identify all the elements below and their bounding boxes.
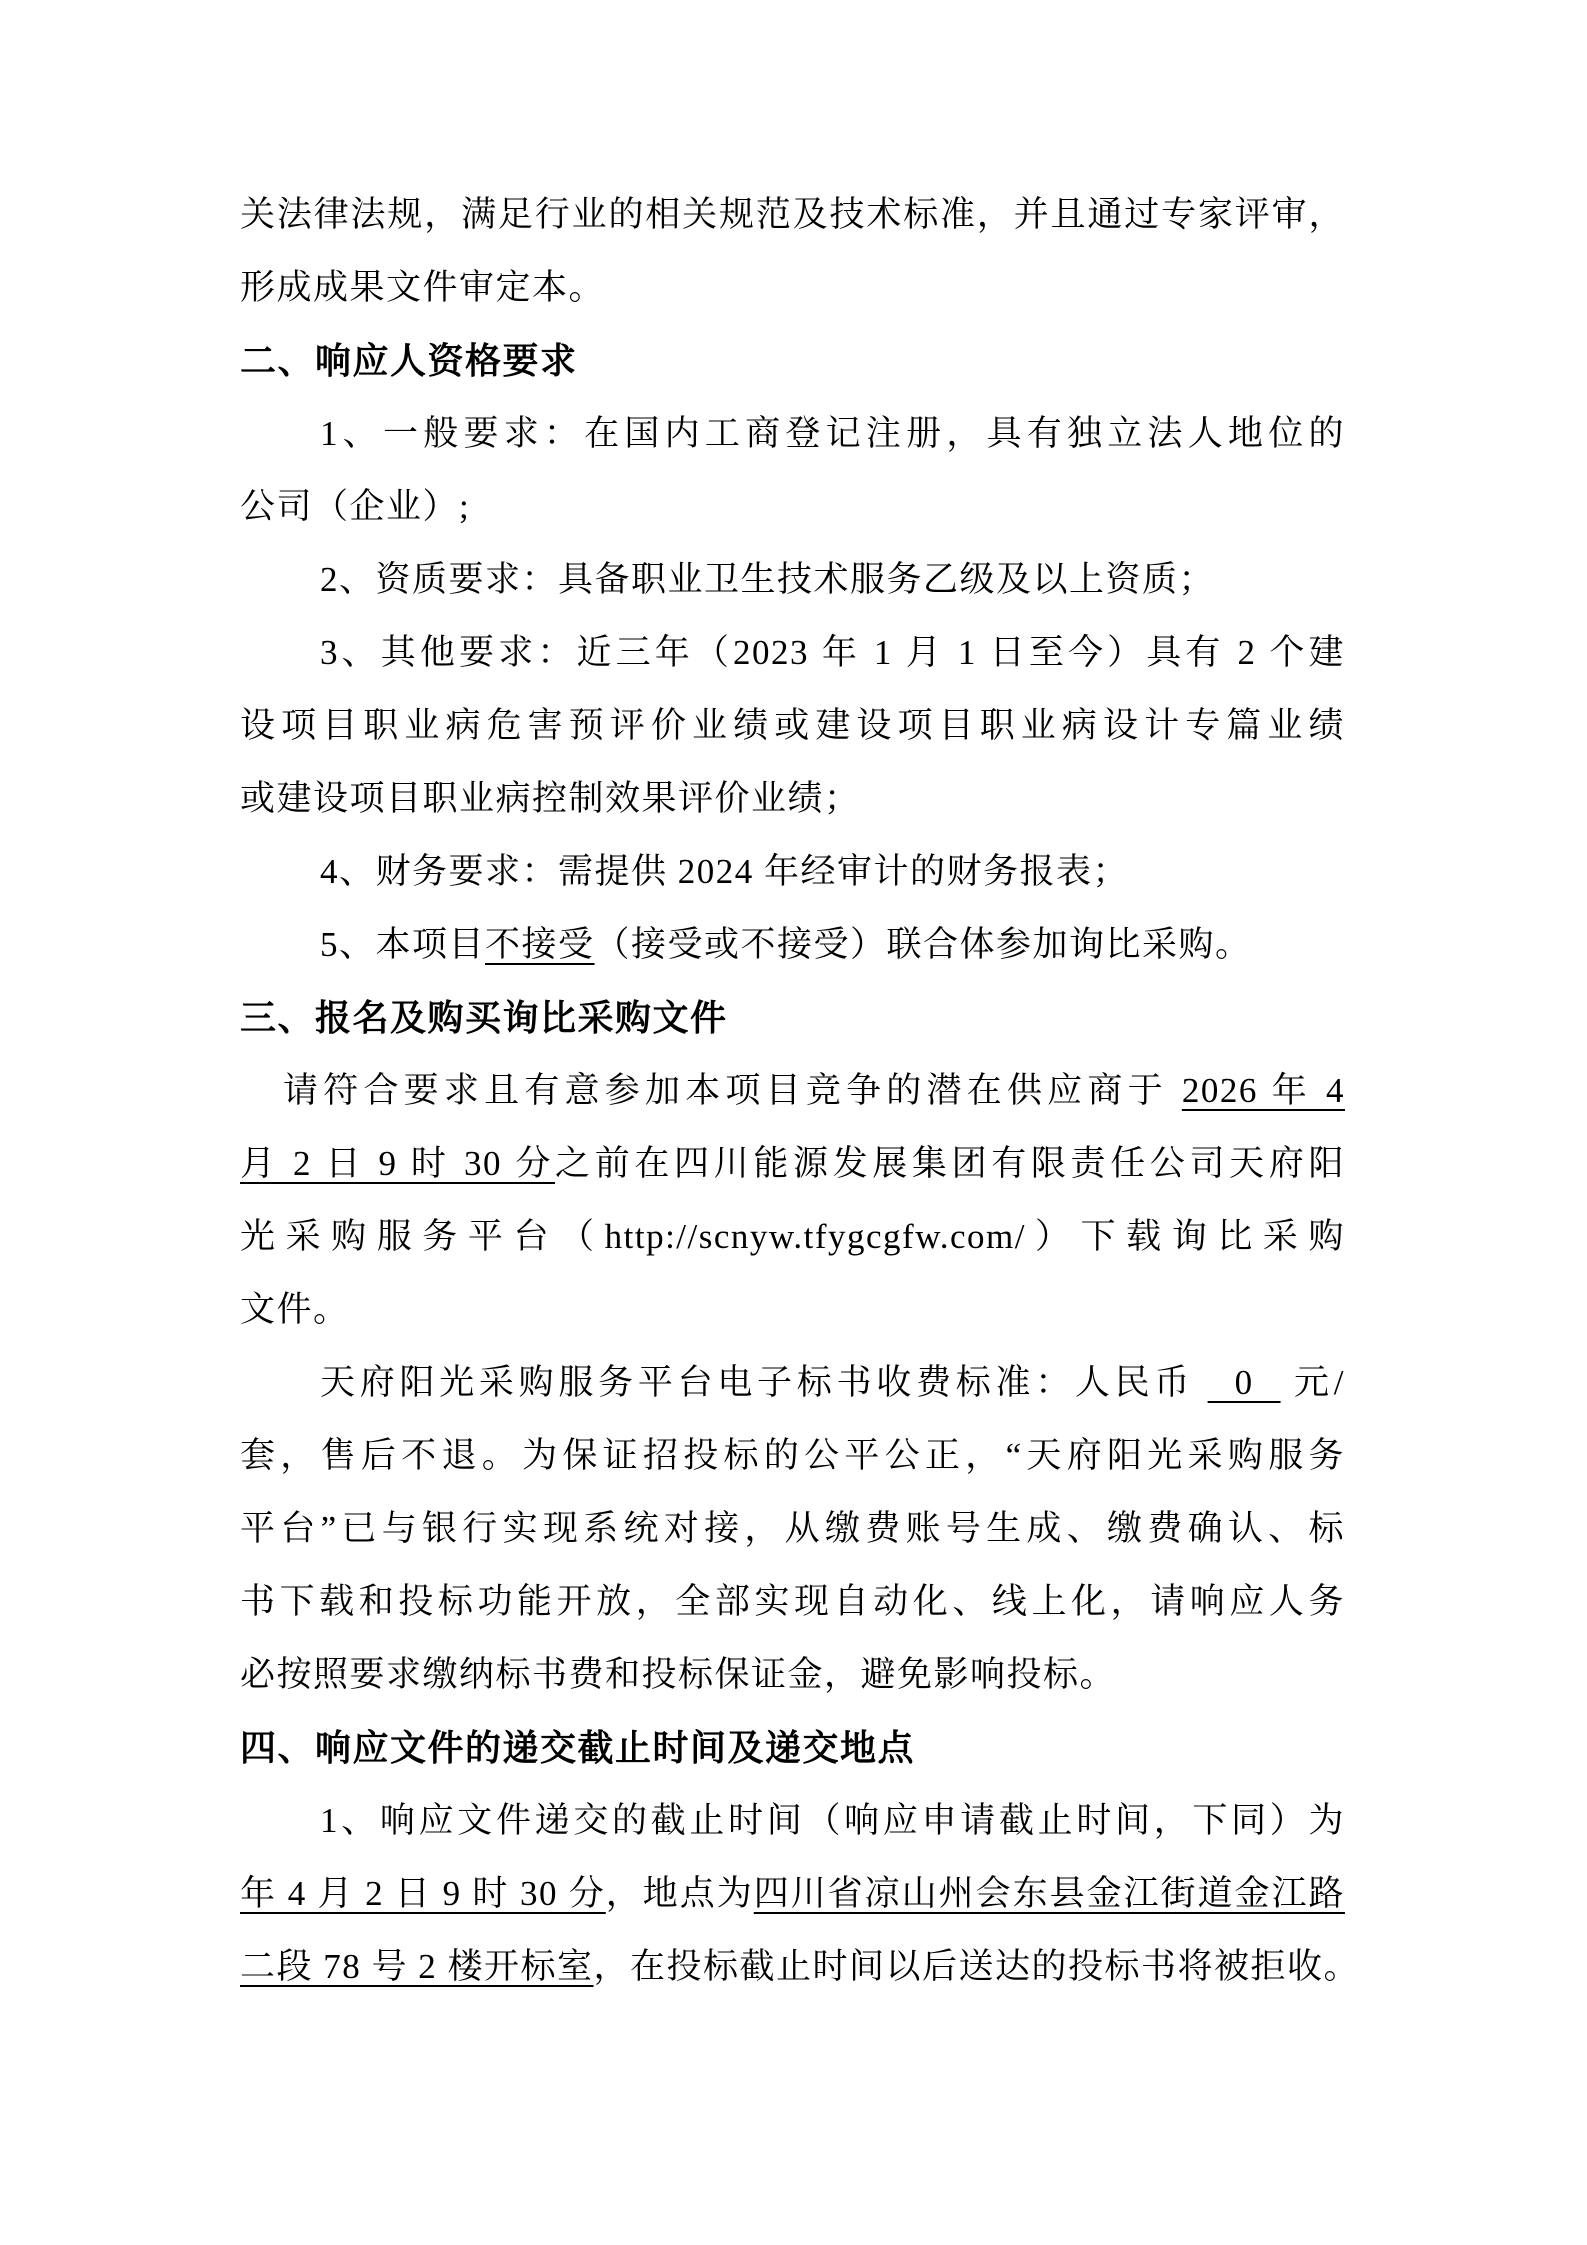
text-segment: 形成成果文件审定本。 — [240, 268, 605, 307]
underlined-text: 二段 78 号 2 楼开标室 — [240, 1947, 594, 1986]
underlined-text: 0 — [1208, 1363, 1281, 1402]
text-segment: 元/ — [1281, 1363, 1345, 1402]
text-segment: ，在投标截止时间以后送达的投标书将被拒收。 — [594, 1947, 1361, 1986]
text-line: 5、本项目不接受（接受或不接受）联合体参加询比采购。 — [240, 908, 1345, 981]
text-segment: 四、响应文件的递交截止时间及递交地点 — [240, 1727, 915, 1768]
underlined-text: 年 4 月 2 日 9 时 30 分 — [240, 1874, 606, 1913]
text-segment: 三、报名及购买询比采购文件 — [240, 997, 728, 1038]
text-segment: 3、其他要求：近三年（2023 年 1 月 1 日至今）具有 2 个建 — [320, 633, 1345, 672]
text-line: 光采购服务平台（http://scnyw.tfygcgfw.com/）下载询比采… — [240, 1200, 1345, 1273]
text-line: 4、财务要求：需提供 2024 年经审计的财务报表； — [240, 835, 1345, 908]
document-page: 关法律法规，满足行业的相关规范及技术标准，并且通过专家评审，形成成果文件审定本。… — [0, 0, 1587, 2245]
text-line: 文件。 — [240, 1273, 1345, 1346]
text-segment: 之前在四川能源发展集团有限责任公司天府阳 — [555, 1144, 1345, 1183]
text-segment: 2、资质要求：具备职业卫生技术服务乙级及以上资质； — [320, 560, 1215, 599]
underlined-text: 不接受 — [485, 925, 595, 964]
text-segment: 光采购服务平台（http://scnyw.tfygcgfw.com/）下载询比采… — [240, 1217, 1345, 1256]
text-segment: 4、财务要求：需提供 2024 年经审计的财务报表； — [320, 852, 1129, 891]
text-segment: 平台”已与银行实现系统对接，从缴费账号生成、缴费确认、标 — [240, 1509, 1345, 1548]
text-segment: 关法律法规，满足行业的相关规范及技术标准，并且通过专家评审， — [240, 195, 1345, 234]
text-line: 天府阳光采购服务平台电子标书收费标准：人民币 0 元/ — [240, 1346, 1345, 1419]
underlined-text: 月 2 日 9 时 30 分 — [240, 1144, 555, 1183]
section-heading: 三、报名及购买询比采购文件 — [240, 981, 1345, 1054]
text-segment: （接受或不接受）联合体参加询比采购。 — [595, 925, 1252, 964]
text-line: 书下载和投标功能开放，全部实现自动化、线上化，请响应人务 — [240, 1565, 1345, 1638]
text-segment: 1、响应文件递交的截止时间（响应申请截止时间，下同）为 — [320, 1801, 1345, 1840]
text-segment: 公司（企业）; — [240, 487, 470, 526]
text-segment: 1、一般要求：在国内工商登记注册，具有独立法人地位的 — [320, 414, 1345, 453]
text-line: 1、一般要求：在国内工商登记注册，具有独立法人地位的 — [240, 397, 1345, 470]
text-line: 3、其他要求：近三年（2023 年 1 月 1 日至今）具有 2 个建 — [240, 616, 1345, 689]
text-line: 1、响应文件递交的截止时间（响应申请截止时间，下同）为 2026 — [240, 1784, 1345, 1857]
text-segment: ，地点为 — [606, 1874, 754, 1913]
text-line: 请符合要求且有意参加本项目竞争的潜在供应商于 2026 年 4 — [240, 1054, 1345, 1127]
section-heading: 四、响应文件的递交截止时间及递交地点 — [240, 1711, 1345, 1784]
underlined-text: 2026 年 4 — [1182, 1071, 1345, 1110]
text-line: 必按照要求缴纳标书费和投标保证金，避免影响投标。 — [240, 1638, 1345, 1711]
text-line: 关法律法规，满足行业的相关规范及技术标准，并且通过专家评审， — [240, 178, 1345, 251]
text-line: 设项目职业病危害预评价业绩或建设项目职业病设计专篇业绩 — [240, 689, 1345, 762]
text-line: 二段 78 号 2 楼开标室，在投标截止时间以后送达的投标书将被拒收。 — [240, 1930, 1345, 2003]
text-segment: 请符合要求且有意参加本项目竞争的潜在供应商于 — [283, 1071, 1182, 1110]
text-segment: 文件。 — [240, 1290, 350, 1329]
section-heading: 二、响应人资格要求 — [240, 324, 1345, 397]
text-segment: 二、响应人资格要求 — [240, 340, 578, 381]
text-segment: 天府阳光采购服务平台电子标书收费标准：人民币 — [320, 1363, 1208, 1402]
underlined-text: 四川省凉山州会东县金江街道金江路 — [754, 1874, 1345, 1913]
text-segment: 设项目职业病危害预评价业绩或建设项目职业病设计专篇业绩 — [240, 706, 1345, 745]
text-segment: 5、本项目 — [320, 925, 485, 964]
text-segment: 书下载和投标功能开放，全部实现自动化、线上化，请响应人务 — [240, 1582, 1345, 1621]
text-line: 或建设项目职业病控制效果评价业绩； — [240, 762, 1345, 835]
text-line: 公司（企业）; — [240, 470, 1345, 543]
text-segment: 套，售后不退。为保证招投标的公平公正，“天府阳光采购服务 — [240, 1436, 1345, 1475]
text-line: 年 4 月 2 日 9 时 30 分，地点为四川省凉山州会东县金江街道金江路 — [240, 1857, 1345, 1930]
text-line: 月 2 日 9 时 30 分之前在四川能源发展集团有限责任公司天府阳 — [240, 1127, 1345, 1200]
text-line: 形成成果文件审定本。 — [240, 251, 1345, 324]
text-segment: 必按照要求缴纳标书费和投标保证金，避免影响投标。 — [240, 1655, 1116, 1694]
text-line: 平台”已与银行实现系统对接，从缴费账号生成、缴费确认、标 — [240, 1492, 1345, 1565]
document-body: 关法律法规，满足行业的相关规范及技术标准，并且通过专家评审，形成成果文件审定本。… — [240, 178, 1345, 2003]
text-line: 2、资质要求：具备职业卫生技术服务乙级及以上资质； — [240, 543, 1345, 616]
text-segment: 或建设项目职业病控制效果评价业绩； — [240, 779, 861, 818]
text-line: 套，售后不退。为保证招投标的公平公正，“天府阳光采购服务 — [240, 1419, 1345, 1492]
